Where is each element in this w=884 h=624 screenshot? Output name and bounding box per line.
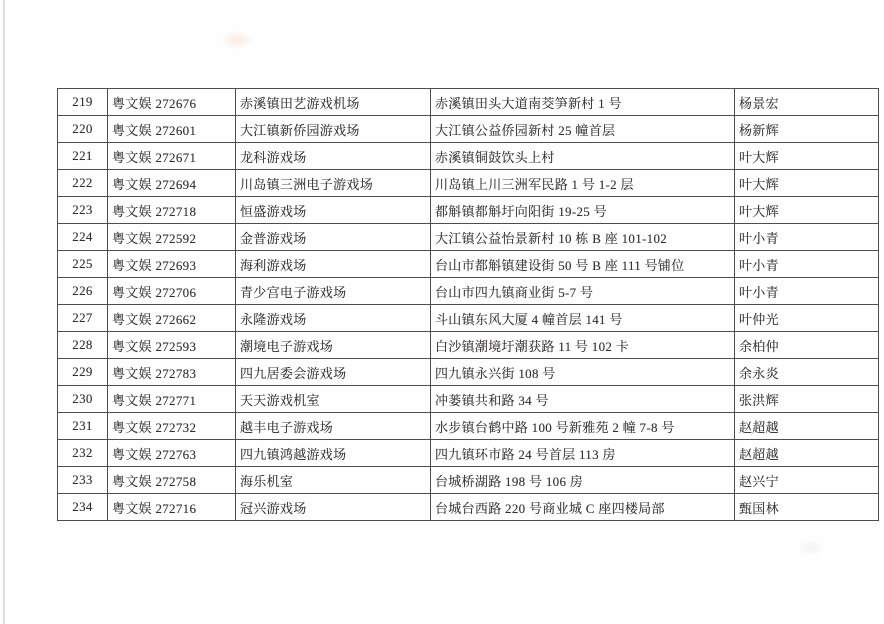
cell-license-id: 粤文娱 272693 xyxy=(108,251,236,278)
cell-address: 台城桥湖路 198 号 106 房 xyxy=(431,467,735,494)
scanned-page: 219 粤文娱 272676 赤溪镇田艺游戏机场 赤溪镇田头大道南茭笋新村 1 … xyxy=(0,0,884,624)
cell-venue-name: 四九居委会游戏场 xyxy=(236,359,431,386)
cell-venue-name: 龙科游戏场 xyxy=(236,143,431,170)
table-row: 224 粤文娱 272592 金普游戏场 大江镇公益怡景新村 10 栋 B 座 … xyxy=(58,224,879,251)
cell-owner-name: 张洪辉 xyxy=(735,386,879,413)
table-row: 219 粤文娱 272676 赤溪镇田艺游戏机场 赤溪镇田头大道南茭笋新村 1 … xyxy=(58,89,879,116)
page-edge-shadow xyxy=(3,0,5,624)
cell-address: 水步镇台鹤中路 100 号新雅苑 2 幢 7-8 号 xyxy=(431,413,735,440)
cell-row-number: 223 xyxy=(58,197,108,224)
cell-row-number: 225 xyxy=(58,251,108,278)
cell-owner-name: 叶大辉 xyxy=(735,197,879,224)
cell-row-number: 221 xyxy=(58,143,108,170)
cell-row-number: 230 xyxy=(58,386,108,413)
cell-license-id: 粤文娱 272732 xyxy=(108,413,236,440)
cell-row-number: 222 xyxy=(58,170,108,197)
table-row: 234 粤文娱 272716 冠兴游戏场 台城台西路 220 号商业城 C 座四… xyxy=(58,494,879,521)
cell-owner-name: 余永炎 xyxy=(735,359,879,386)
cell-owner-name: 赵超越 xyxy=(735,440,879,467)
cell-row-number: 227 xyxy=(58,305,108,332)
cell-venue-name: 赤溪镇田艺游戏机场 xyxy=(236,89,431,116)
cell-venue-name: 川岛镇三洲电子游戏场 xyxy=(236,170,431,197)
cell-license-id: 粤文娱 272592 xyxy=(108,224,236,251)
cell-row-number: 233 xyxy=(58,467,108,494)
cell-license-id: 粤文娱 272593 xyxy=(108,332,236,359)
cell-row-number: 224 xyxy=(58,224,108,251)
cell-address: 川岛镇上川三洲军民路 1 号 1-2 层 xyxy=(431,170,735,197)
cell-address: 大江镇公益侨园新村 25 幢首层 xyxy=(431,116,735,143)
table-row: 231 粤文娱 272732 越丰电子游戏场 水步镇台鹤中路 100 号新雅苑 … xyxy=(58,413,879,440)
cell-license-id: 粤文娱 272671 xyxy=(108,143,236,170)
cell-venue-name: 潮境电子游戏场 xyxy=(236,332,431,359)
table-row: 221 粤文娱 272671 龙科游戏场 赤溪镇铜鼓饮头上村 叶大辉 xyxy=(58,143,879,170)
cell-address: 赤溪镇田头大道南茭笋新村 1 号 xyxy=(431,89,735,116)
cell-venue-name: 越丰电子游戏场 xyxy=(236,413,431,440)
cell-license-id: 粤文娱 272601 xyxy=(108,116,236,143)
cell-license-id: 粤文娱 272718 xyxy=(108,197,236,224)
cell-license-id: 粤文娱 272758 xyxy=(108,467,236,494)
cell-owner-name: 杨新辉 xyxy=(735,116,879,143)
cell-owner-name: 叶小青 xyxy=(735,278,879,305)
cell-owner-name: 叶小青 xyxy=(735,251,879,278)
cell-address: 台城台西路 220 号商业城 C 座四楼局部 xyxy=(431,494,735,521)
table-row: 223 粤文娱 272718 恒盛游戏场 都斛镇都斛圩向阳街 19-25 号 叶… xyxy=(58,197,879,224)
scan-smudge-secondary xyxy=(798,540,824,556)
cell-venue-name: 大江镇新侨园游戏场 xyxy=(236,116,431,143)
table-row: 227 粤文娱 272662 永隆游戏场 斗山镇东风大厦 4 幢首层 141 号… xyxy=(58,305,879,332)
table-row: 233 粤文娱 272758 海乐机室 台城桥湖路 198 号 106 房 赵兴… xyxy=(58,467,879,494)
cell-license-id: 粤文娱 272783 xyxy=(108,359,236,386)
cell-venue-name: 海乐机室 xyxy=(236,467,431,494)
cell-owner-name: 赵兴宁 xyxy=(735,467,879,494)
cell-license-id: 粤文娱 272706 xyxy=(108,278,236,305)
cell-venue-name: 冠兴游戏场 xyxy=(236,494,431,521)
cell-address: 冲蒌镇共和路 34 号 xyxy=(431,386,735,413)
cell-venue-name: 海利游戏场 xyxy=(236,251,431,278)
scan-smudge xyxy=(220,30,254,50)
cell-owner-name: 杨景宏 xyxy=(735,89,879,116)
cell-row-number: 231 xyxy=(58,413,108,440)
table-row: 222 粤文娱 272694 川岛镇三洲电子游戏场 川岛镇上川三洲军民路 1 号… xyxy=(58,170,879,197)
table-row: 220 粤文娱 272601 大江镇新侨园游戏场 大江镇公益侨园新村 25 幢首… xyxy=(58,116,879,143)
cell-owner-name: 叶小青 xyxy=(735,224,879,251)
cell-address: 台山市四九镇商业街 5-7 号 xyxy=(431,278,735,305)
cell-row-number: 232 xyxy=(58,440,108,467)
table-row: 226 粤文娱 272706 青少宫电子游戏场 台山市四九镇商业街 5-7 号 … xyxy=(58,278,879,305)
cell-license-id: 粤文娱 272694 xyxy=(108,170,236,197)
cell-address: 斗山镇东风大厦 4 幢首层 141 号 xyxy=(431,305,735,332)
cell-row-number: 220 xyxy=(58,116,108,143)
cell-venue-name: 青少宫电子游戏场 xyxy=(236,278,431,305)
cell-row-number: 229 xyxy=(58,359,108,386)
cell-owner-name: 叶仲光 xyxy=(735,305,879,332)
cell-owner-name: 甄国林 xyxy=(735,494,879,521)
venues-table: 219 粤文娱 272676 赤溪镇田艺游戏机场 赤溪镇田头大道南茭笋新村 1 … xyxy=(57,88,879,521)
table-row: 228 粤文娱 272593 潮境电子游戏场 白沙镇潮境圩潮获路 11 号 10… xyxy=(58,332,879,359)
cell-venue-name: 恒盛游戏场 xyxy=(236,197,431,224)
cell-owner-name: 余柏仲 xyxy=(735,332,879,359)
cell-address: 赤溪镇铜鼓饮头上村 xyxy=(431,143,735,170)
cell-address: 白沙镇潮境圩潮获路 11 号 102 卡 xyxy=(431,332,735,359)
cell-license-id: 粤文娱 272662 xyxy=(108,305,236,332)
cell-license-id: 粤文娱 272676 xyxy=(108,89,236,116)
cell-row-number: 226 xyxy=(58,278,108,305)
cell-address: 台山市都斛镇建设街 50 号 B 座 111 号铺位 xyxy=(431,251,735,278)
cell-license-id: 粤文娱 272763 xyxy=(108,440,236,467)
table-row: 229 粤文娱 272783 四九居委会游戏场 四九镇永兴街 108 号 余永炎 xyxy=(58,359,879,386)
cell-venue-name: 永隆游戏场 xyxy=(236,305,431,332)
cell-row-number: 228 xyxy=(58,332,108,359)
cell-venue-name: 四九镇鸿越游戏场 xyxy=(236,440,431,467)
cell-row-number: 234 xyxy=(58,494,108,521)
cell-address: 大江镇公益怡景新村 10 栋 B 座 101-102 xyxy=(431,224,735,251)
cell-owner-name: 赵超越 xyxy=(735,413,879,440)
cell-address: 都斛镇都斛圩向阳街 19-25 号 xyxy=(431,197,735,224)
cell-address: 四九镇环市路 24 号首层 113 房 xyxy=(431,440,735,467)
table-row: 232 粤文娱 272763 四九镇鸿越游戏场 四九镇环市路 24 号首层 11… xyxy=(58,440,879,467)
cell-license-id: 粤文娱 272716 xyxy=(108,494,236,521)
cell-address: 四九镇永兴街 108 号 xyxy=(431,359,735,386)
table-row: 230 粤文娱 272771 天天游戏机室 冲蒌镇共和路 34 号 张洪辉 xyxy=(58,386,879,413)
table-row: 225 粤文娱 272693 海利游戏场 台山市都斛镇建设街 50 号 B 座 … xyxy=(58,251,879,278)
cell-owner-name: 叶大辉 xyxy=(735,170,879,197)
cell-license-id: 粤文娱 272771 xyxy=(108,386,236,413)
cell-venue-name: 天天游戏机室 xyxy=(236,386,431,413)
cell-row-number: 219 xyxy=(58,89,108,116)
cell-owner-name: 叶大辉 xyxy=(735,143,879,170)
table-body: 219 粤文娱 272676 赤溪镇田艺游戏机场 赤溪镇田头大道南茭笋新村 1 … xyxy=(58,89,879,521)
cell-venue-name: 金普游戏场 xyxy=(236,224,431,251)
